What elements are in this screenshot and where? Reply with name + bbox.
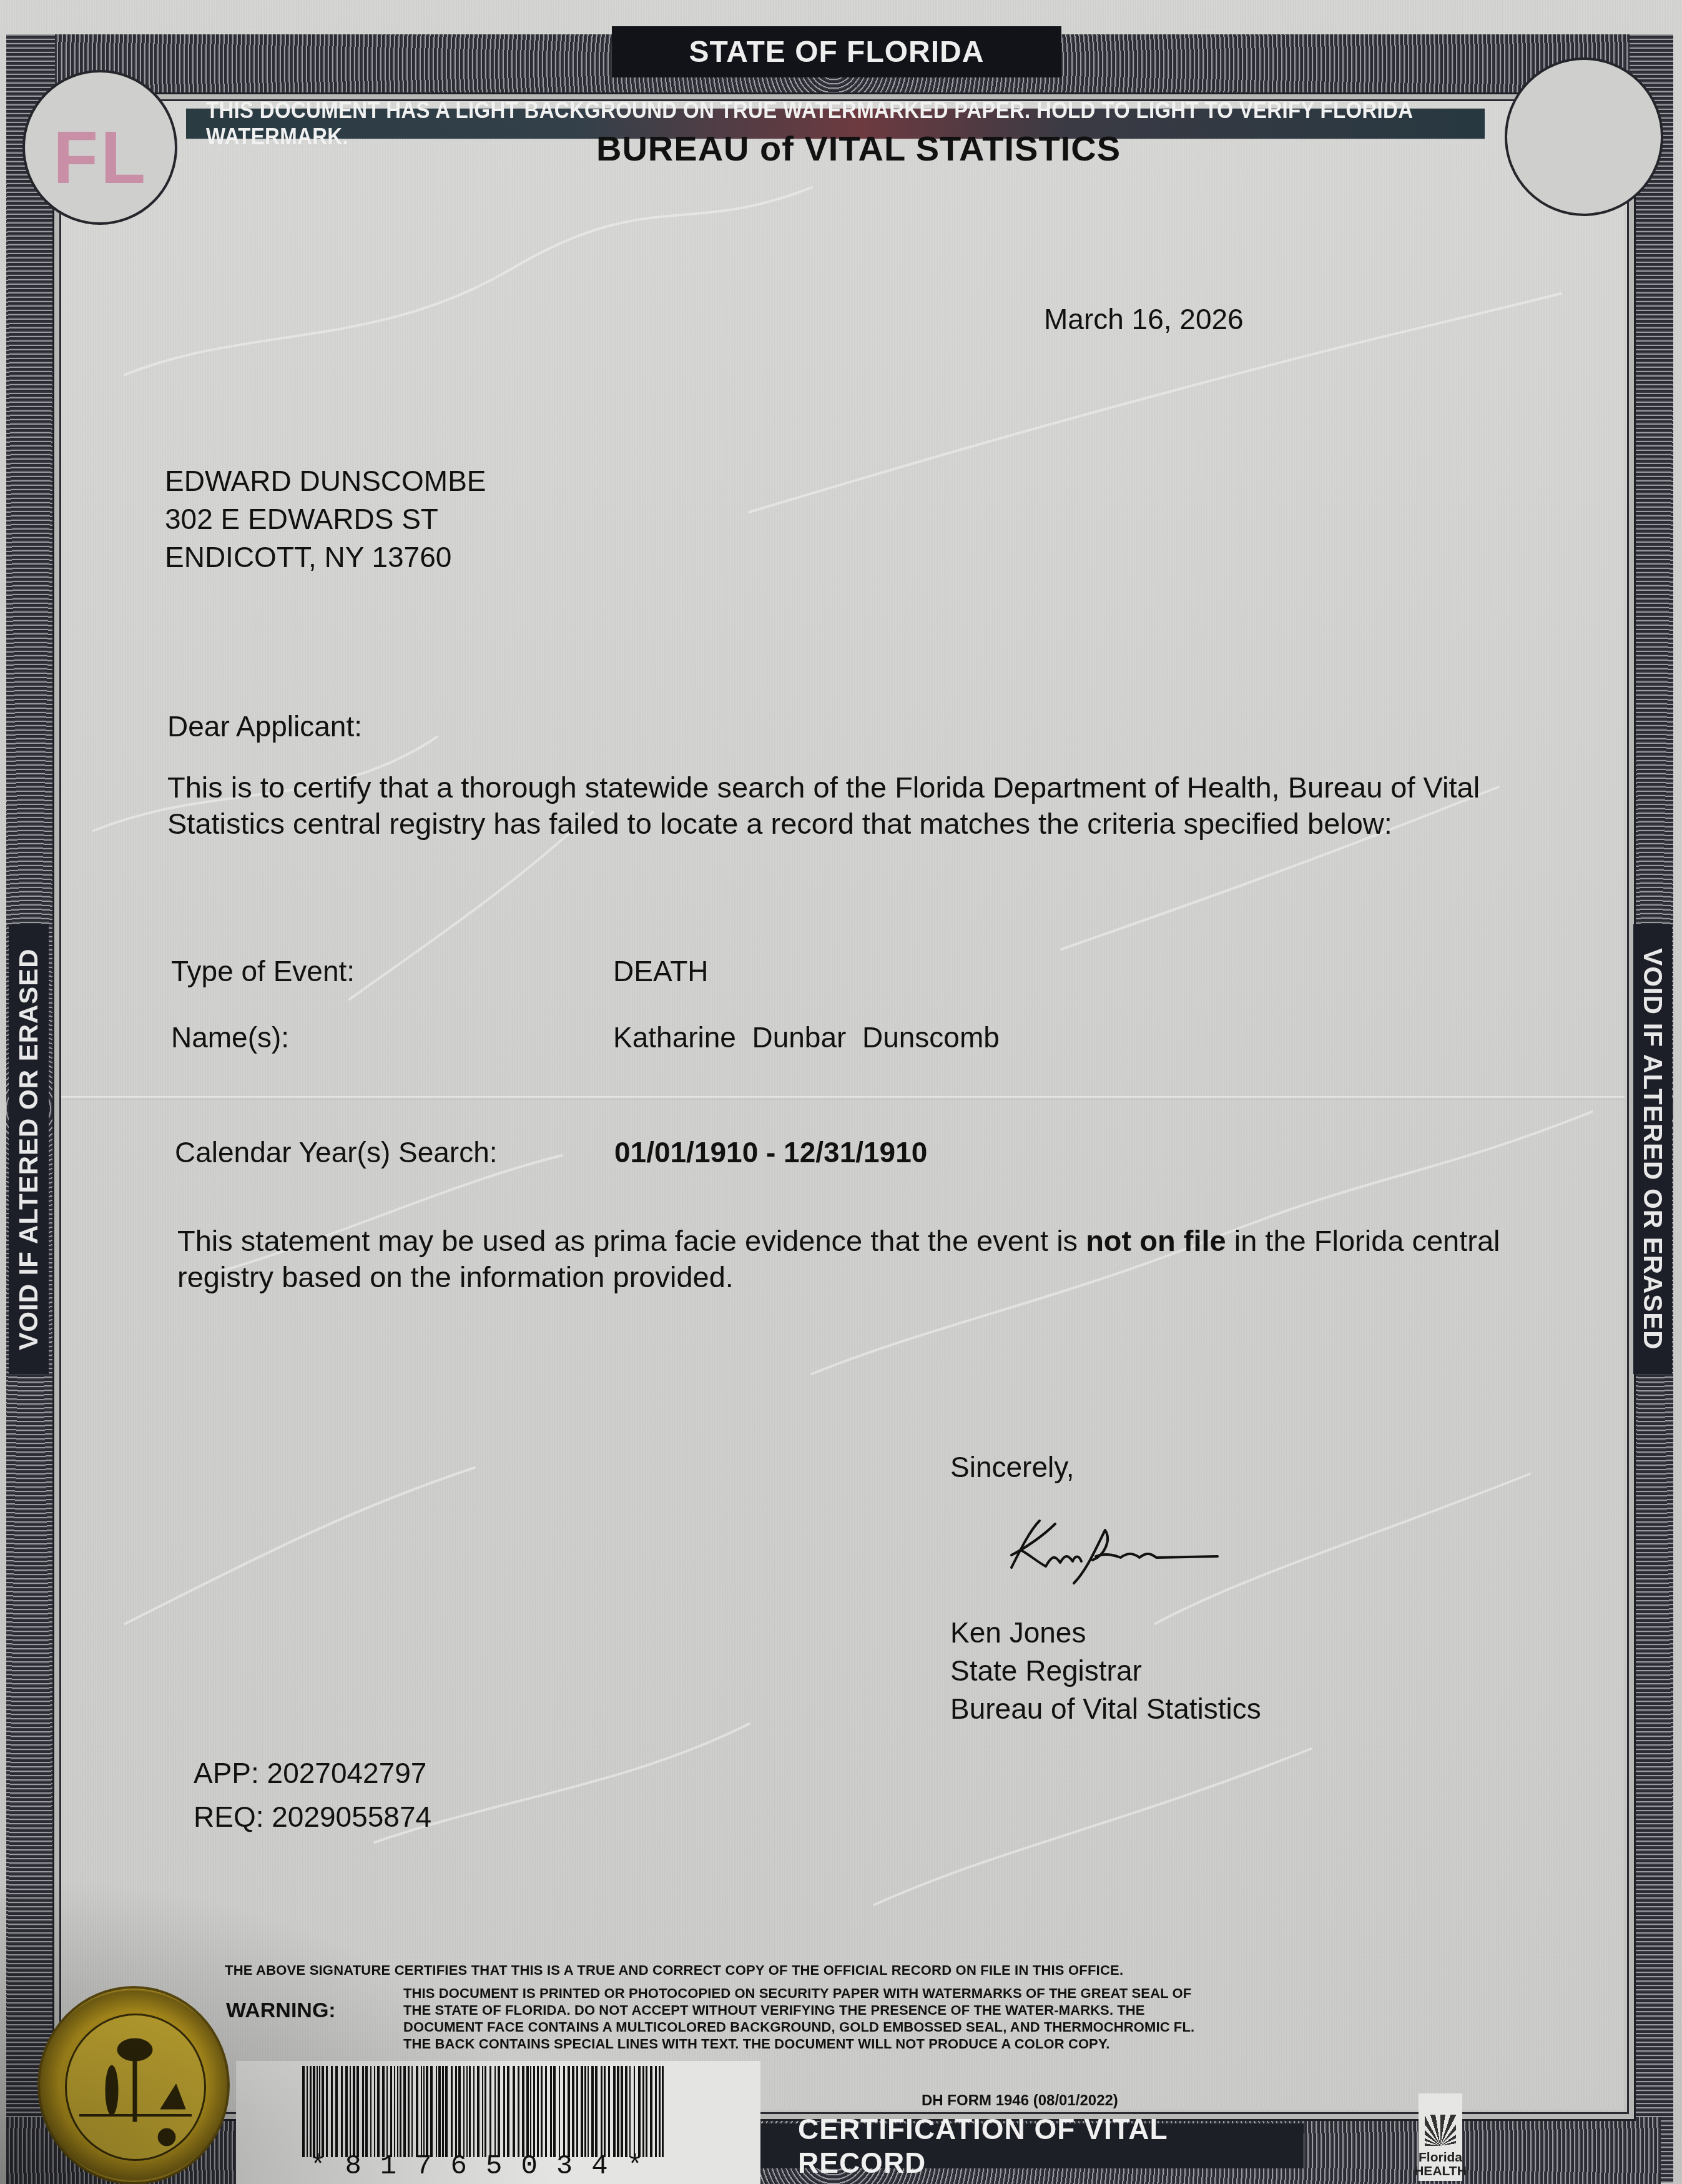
event-type-label: Type of Event: — [171, 954, 355, 988]
certification-line: THE ABOVE SIGNATURE CERTIFIES THAT THIS … — [225, 1962, 1123, 1979]
signer-title: State Registrar — [950, 1652, 1261, 1690]
year-search-label: Calendar Year(s) Search: — [175, 1135, 498, 1169]
health-logo-line1: Florida — [1419, 2151, 1462, 2165]
recipient-address: EDWARD DUNSCOMBE 302 E EDWARDS ST ENDICO… — [165, 462, 486, 576]
evidence-statement: This statement may be used as prima faci… — [177, 1223, 1520, 1295]
signer-name: Ken Jones — [950, 1614, 1261, 1652]
names-value: Katharine Dunbar Dunscomb — [613, 1020, 1000, 1054]
sun-rays-icon — [1425, 2115, 1456, 2146]
florida-health-logo: Florida HEALTH — [1419, 2093, 1462, 2181]
void-notice-left: VOID IF ALTERED OR ERASED — [9, 924, 49, 1374]
barcode — [300, 2066, 699, 2157]
barcode-number: *81765034* — [310, 2151, 662, 2182]
thermochromic-fl-logo: FL — [53, 116, 148, 200]
closing: Sincerely, — [950, 1450, 1075, 1484]
application-number: APP: 2027042797 — [194, 1751, 431, 1795]
recipient-city-state-zip: ENDICOTT, NY 13760 — [165, 538, 486, 576]
names-label: Name(s): — [171, 1020, 289, 1054]
state-title: STATE OF FLORIDA — [612, 26, 1061, 77]
seal-center — [65, 2014, 206, 2161]
evidence-emphasis: not on file — [1086, 1224, 1226, 1257]
void-notice-left-text: VOID IF ALTERED OR ERASED — [14, 948, 44, 1350]
letter-date: March 16, 2026 — [1044, 302, 1244, 336]
evidence-prefix: This statement may be used as prima faci… — [177, 1224, 1086, 1257]
void-notice-right: VOID IF ALTERED OR ERASED — [1633, 924, 1672, 1374]
form-number: DH FORM 1946 (08/01/2022) — [922, 2092, 1118, 2110]
fold-crease — [61, 1096, 1625, 1100]
health-logo-line2: HEALTH — [1414, 2165, 1467, 2178]
bureau-title: BUREAU of VITAL STATISTICS — [587, 128, 1130, 169]
signer-block: Ken Jones State Registrar Bureau of Vita… — [950, 1614, 1261, 1728]
certification-paragraph: This is to certify that a thorough state… — [167, 769, 1510, 842]
seal-palm-tree-icon — [67, 2015, 204, 2159]
certification-title: CERTIFICATION OF VITAL RECORD — [760, 2123, 1304, 2168]
great-seal-of-florida-icon — [37, 1986, 230, 2184]
warning-label: WARNING: — [226, 1999, 336, 2023]
event-type-value: DEATH — [613, 954, 709, 988]
recipient-street: 302 E EDWARDS ST — [165, 500, 486, 538]
void-notice-right-text: VOID IF ALTERED OR ERASED — [1638, 948, 1668, 1350]
year-search-value: 01/01/1910 - 12/31/1910 — [614, 1135, 927, 1169]
blank-seal-circle — [1505, 57, 1663, 216]
recipient-name: EDWARD DUNSCOMBE — [165, 462, 486, 500]
reference-numbers: APP: 2027042797 REQ: 2029055874 — [194, 1751, 431, 1839]
salutation: Dear Applicant: — [167, 709, 362, 743]
signer-office: Bureau of Vital Statistics — [950, 1690, 1261, 1728]
warning-text: THIS DOCUMENT IS PRINTED OR PHOTOCOPIED … — [403, 1985, 1209, 2052]
registrar-signature — [986, 1511, 1236, 1586]
request-number: REQ: 2029055874 — [194, 1795, 431, 1839]
